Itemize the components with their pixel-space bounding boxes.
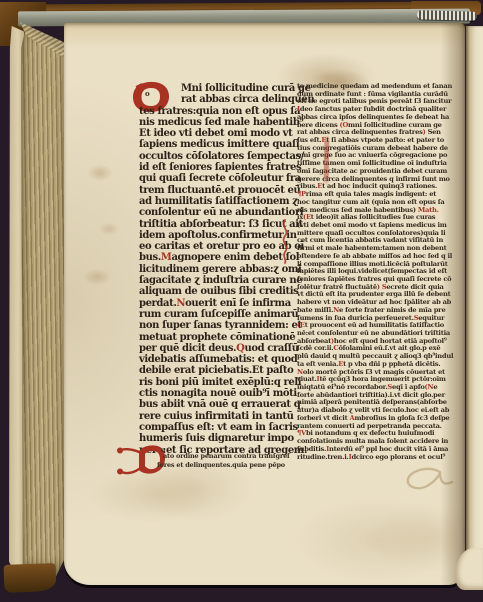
text-line: occultos cōſolatores ſempectas/ [139,151,295,162]
rubricated-text: I [297,105,300,113]
red-highlight-stroke [324,135,330,185]
rubricated-text: M [161,252,172,263]
text-line: videbatis aſſumebatis: et quod [139,354,295,365]
rubricated-text: E [338,360,343,368]
text-line: ritudine.tren.i.Idcirco ego plorans et o… [297,454,455,462]
text-line: ris boni piū imitet exēplū:q reli [139,377,295,388]
text-line: conſolentur eū ne abundantiori [139,207,295,218]
text-line: per quē dicit deus.Quod craſſū [139,343,295,354]
rubricated-text: Q [236,343,244,354]
text-line: metuat prophete cōminationē [139,332,295,343]
text-line: qui quaſi ſecrete cōſoleutur fra [139,173,295,184]
gutter-shadow [441,23,467,585]
text-line: perdat.Nouerit enī ſe infirma [139,298,295,309]
text-line: triſtitia abſorbeatur: ſ3 ſicut ait [139,219,295,230]
page-stain [76,141,136,301]
rubricated-text: I [349,453,352,461]
striped-endband-icon [417,10,477,21]
text-column-right: te medicine quedam ad medendum et ſanand… [297,83,455,461]
text-line: debile erat piciebatis.Et paſto [139,365,295,376]
page-edge-stack [21,20,67,582]
text-line: trem fluctuantē.et prouocēt eū [139,185,295,196]
text-line: Et ideo vti debet omi modo vt [139,128,295,139]
text-line: bus.Magnopere enim debet ſol [139,252,295,263]
text-column-left: Mni ſollicitudine curā gerat abbas circa… [139,83,295,456]
rubricated-text: (N [425,383,434,391]
text-line: Mni ſollicitudine curā ge [139,83,295,94]
book-cover-corner-bottom-left [4,563,57,593]
text-line: non ſuper ſanas tyrannidem: et [139,320,295,331]
text-line: ſagacitate ɀ induſtria curare ne [139,275,295,286]
book-photo: o Mni ſollicitudine curā gerat abbas cir… [0,0,483,602]
text-line: ſores et delinquentes.quia pene pēpo [157,461,303,470]
facing-page-edge [466,26,483,574]
rubricated-text: A [349,414,354,422]
rubricated-text: ¶P [297,190,306,198]
rubricated-text: N [333,306,339,314]
text-line: rat abbas circa delinquen [139,94,295,105]
text-line: ſapiens medicus imittere quaſi [139,139,295,150]
guide-letter: o [145,89,150,98]
text-line: ad humilitatis ſatiſfactionem ɀ [139,196,295,207]
manuscript-page: o Mni ſollicitudine curā gerat abbas cir… [64,23,465,585]
text-line: tes fratres:quia non eſt opus ſa [139,106,295,117]
text-line: compaſſus eſt: vt eam in ſacris [139,422,295,433]
text-line: licitudinem gerere abbas:ɀ omi [139,264,295,275]
red-squiggle-bracket-icon [279,218,291,264]
text-line: idem apoſtolus.confirmetur in [139,230,295,241]
text-line: nis medicus ſed male habentib⁹ [139,117,295,128]
text-line: id eſt ſeniores ſapientes fratres [139,162,295,173]
text-line: rere cuius infirmitati in tantū [139,411,295,422]
text-line: eo caritas et oretur pro eo ab oī [139,241,295,252]
text-line: aliquam de ouibus ſibi creditis [139,286,295,297]
text-line: ctis nonagita nouē ouib⁹ī mōti [139,388,295,399]
rubricated-text: N [176,298,185,309]
rubricated-text: I [326,445,329,453]
footer-gloss: ato ordine penarum contra tranſgreſſores… [163,452,303,470]
text-line: rum curam ſuſcepiſſe animarū [139,309,295,320]
text-line: bus abiit vnā ouē q errauerat q [139,399,295,410]
rubricated-text: S [387,383,392,391]
text-line: ato ordine penarum contra tranſgreſ [163,452,303,461]
